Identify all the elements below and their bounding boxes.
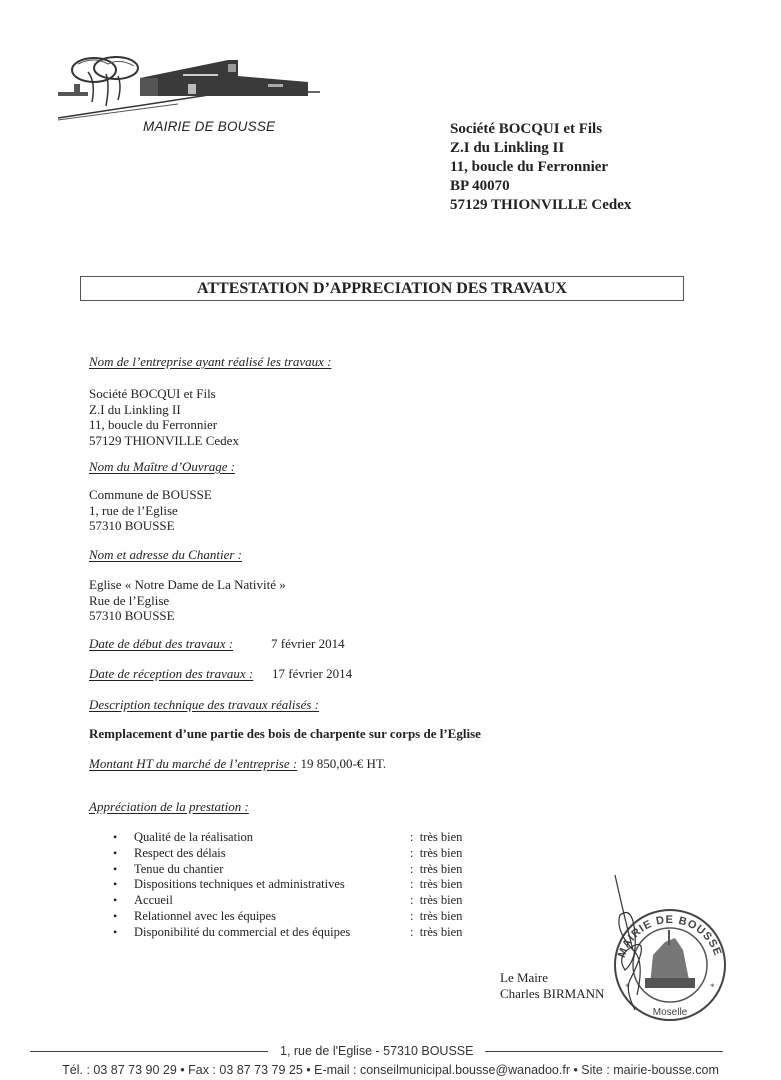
maitre-ouvrage-address: Commune de BOUSSE 1, rue de l’Eglise 573… [89,487,212,534]
list-item: •Relationnel avec les équipes: très bien [113,909,473,925]
recipient-line: 11, boucle du Ferronnier [450,158,631,177]
footer-rule-right [485,1051,723,1052]
recipient-line: BP 40070 [450,177,631,196]
bullet-icon: • [113,893,134,909]
maitre-ouvrage-label: Nom du Maître d’Ouvrage : [89,459,235,475]
address-line: Rue de l’Eglise [89,593,286,609]
bullet-icon: • [113,846,134,862]
appreciation-list: •Qualité de la réalisation: très bien •R… [113,830,473,941]
svg-text:*: * [710,982,715,992]
date-reception-label: Date de réception des travaux : [89,666,253,682]
address-line: Commune de BOUSSE [89,487,212,503]
recipient-line: Z.I du Linkling II [450,139,631,158]
recipient-line: 57129 THIONVILLE Cedex [450,196,631,215]
address-line: Société BOCQUI et Fils [89,386,239,402]
list-item: •Tenue du chantier: très bien [113,862,473,878]
date-debut-label: Date de début des travaux : [89,636,233,652]
address-line: 57129 THIONVILLE Cedex [89,433,239,449]
footer-contact: Tél. : 03 87 73 90 29 • Fax : 03 87 73 7… [0,1063,781,1077]
montant-label: Montant HT du marché de l’entreprise : [89,756,297,771]
address-line: Eglise « Notre Dame de La Nativité » [89,577,286,593]
official-stamp-icon: MAIRIE DE BOUSSE Moselle * * [575,860,755,1030]
list-item: •Respect des délais: très bien [113,846,473,862]
address-line: 57310 BOUSSE [89,608,286,624]
mairie-name: MAIRIE DE BOUSSE [143,119,275,134]
bullet-icon: • [113,830,134,846]
description-label: Description technique des travaux réalis… [89,697,319,713]
date-debut-value: 7 février 2014 [271,636,345,652]
bullet-icon: • [113,925,134,941]
bullet-icon: • [113,877,134,893]
bullet-icon: • [113,862,134,878]
list-item: •Qualité de la réalisation: très bien [113,830,473,846]
montant-row: Montant HT du marché de l’entreprise : 1… [89,756,386,772]
chantier-label: Nom et adresse du Chantier : [89,547,242,563]
list-item: •Accueil: très bien [113,893,473,909]
chantier-address: Eglise « Notre Dame de La Nativité » Rue… [89,577,286,624]
document-title: ATTESTATION D’APPRECIATION DES TRAVAUX [80,276,684,301]
bullet-icon: • [113,909,134,925]
footer-address: 1, rue de l'Eglise - 57310 BOUSSE [268,1044,485,1058]
description-value: Remplacement d’une partie des bois de ch… [89,726,481,742]
recipient-line: Société BOCQUI et Fils [450,120,631,139]
entreprise-label: Nom de l’entreprise ayant réalisé les tr… [89,354,332,370]
date-reception-value: 17 février 2014 [272,666,352,682]
list-item: •Dispositions techniques et administrati… [113,877,473,893]
footer-address-row: 1, rue de l'Eglise - 57310 BOUSSE [0,1044,781,1058]
svg-text:Moselle: Moselle [653,1007,688,1018]
address-line: 57310 BOUSSE [89,518,212,534]
entreprise-address: Société BOCQUI et Fils Z.I du Linkling I… [89,386,239,448]
recipient-address: Société BOCQUI et Fils Z.I du Linkling I… [450,120,631,215]
montant-value: 19 850,00-€ HT. [297,756,386,771]
address-line: 1, rue de l’Eglise [89,503,212,519]
list-item: •Disponibilité du commercial et des équi… [113,925,473,941]
appreciation-label: Appréciation de la prestation : [89,799,249,815]
address-line: 11, boucle du Ferronnier [89,417,239,433]
town-hall-logo-icon [58,52,320,122]
footer-rule-left [30,1051,268,1052]
address-line: Z.I du Linkling II [89,402,239,418]
